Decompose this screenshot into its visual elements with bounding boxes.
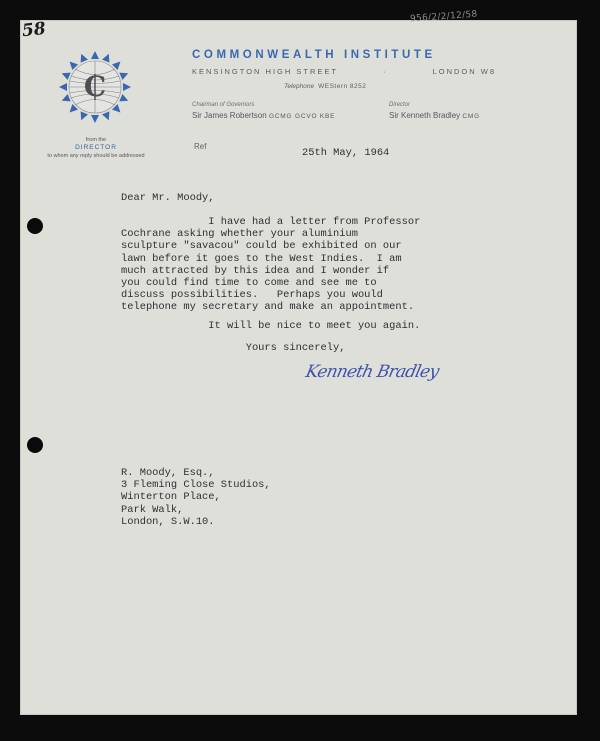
director-name: Sir Kenneth Bradley CMG xyxy=(389,111,480,120)
address-street: KENSINGTON HIGH STREET xyxy=(192,67,338,76)
institution-address: KENSINGTON HIGH STREET · LONDON W8 xyxy=(192,67,496,76)
address-separator: · xyxy=(383,67,388,76)
director-name-text: Sir Kenneth Bradley xyxy=(389,111,460,120)
chairman-name: Sir James Robertson GCMG GCVO KBE xyxy=(192,111,335,120)
body-line: telephone my secretary and make an appoi… xyxy=(121,301,420,313)
from-director: DIRECTOR xyxy=(30,144,162,152)
commonwealth-globe-c-icon: C xyxy=(56,48,134,126)
folio-number: 58 xyxy=(21,19,47,41)
body-line: discuss possibilities. Perhaps you would xyxy=(121,289,420,301)
punch-hole-top xyxy=(27,218,43,234)
address-line: 3 Fleming Close Studios, xyxy=(121,479,271,491)
body-paragraph-2: It will be nice to meet you again. xyxy=(121,320,420,332)
body-line: sculpture "savacou" could be exhibited o… xyxy=(121,240,420,252)
address-line: Winterton Place, xyxy=(121,491,271,503)
body-line: lawn before it goes to the West Indies. … xyxy=(121,253,420,265)
telephone: TelephoneWEStern 8252 xyxy=(284,83,366,90)
address-line: R. Moody, Esq., xyxy=(121,467,271,479)
body-line: much attracted by this idea and I wonder… xyxy=(121,265,420,277)
punch-hole-bottom xyxy=(27,437,43,453)
director-honours: CMG xyxy=(462,113,480,120)
institution-name: COMMONWEALTH INSTITUTE xyxy=(192,49,436,61)
reply-instruction: to whom any reply should be addressed xyxy=(30,152,162,160)
chairman-label: Chairman of Governors xyxy=(192,102,254,108)
body-paragraph-1: I have had a letter from ProfessorCochra… xyxy=(121,216,420,314)
signature: Kenneth Bradley xyxy=(304,362,440,382)
body-line: you could find time to come and see me t… xyxy=(121,277,420,289)
from-director-block: from the DIRECTOR to whom any reply shou… xyxy=(30,136,162,160)
recipient-address: R. Moody, Esq.,3 Fleming Close Studios,W… xyxy=(121,467,271,528)
body-line: Cochrane asking whether your aluminium xyxy=(121,228,420,240)
ref-label: Ref xyxy=(194,142,206,151)
letter-date: 25th May, 1964 xyxy=(302,147,389,159)
address-line: Park Walk, xyxy=(121,504,271,516)
salutation: Dear Mr. Moody, xyxy=(121,192,215,204)
director-label: Director xyxy=(389,102,410,108)
chairman-honours: GCMG GCVO KBE xyxy=(269,113,335,120)
telephone-number: WEStern 8252 xyxy=(318,83,366,90)
from-line: from the xyxy=(30,136,162,144)
chairman-name-text: Sir James Robertson xyxy=(192,111,267,120)
closing: Yours sincerely, xyxy=(121,342,345,354)
telephone-label: Telephone xyxy=(284,83,314,90)
address-city: LONDON W8 xyxy=(433,67,496,76)
body-line: I have had a letter from Professor xyxy=(121,216,420,228)
address-line: London, S.W.10. xyxy=(121,516,271,528)
